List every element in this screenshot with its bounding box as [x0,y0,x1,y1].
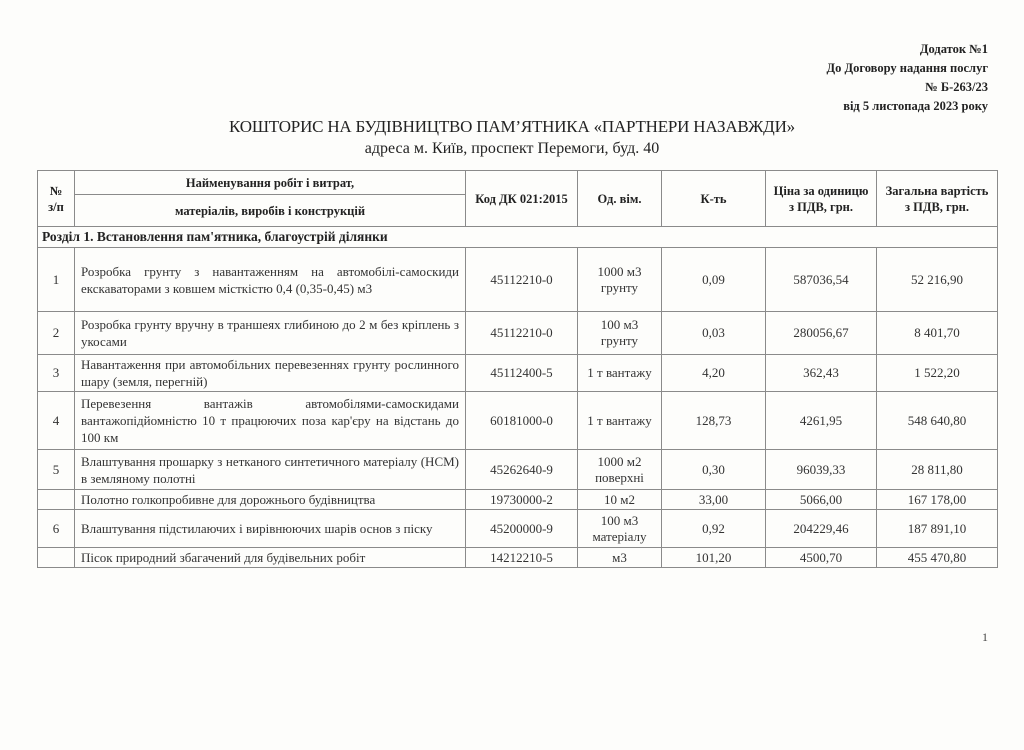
page-number: 1 [982,630,988,645]
work-name: Перевезення вантажів автомобілями-самоск… [75,392,466,450]
annex-contract-ref: До Договору надання послуг [827,59,988,78]
unit-of-measure: 1000 м2 поверхні [578,450,662,490]
dk-code: 45112210-0 [466,248,578,312]
document-address: адреса м. Київ, проспект Перемоги, буд. … [0,140,1024,158]
table-row: 5Влаштування прошарку з нетканого синтет… [38,450,998,490]
unit-price: 280056,67 [766,312,877,355]
unit-of-measure: 100 м3 грунту [578,312,662,355]
quantity: 4,20 [662,355,766,392]
header-total: Загальна вартість з ПДВ, грн. [877,171,998,227]
work-name: Пісок природний збагачений для будівельн… [75,548,466,568]
header-name-line2: матеріалів, виробів і конструкцій [75,195,466,227]
quantity: 101,20 [662,548,766,568]
header-name-line1: Найменування робіт і витрат, [75,171,466,195]
section-row: Розділ 1. Встановлення пам'ятника, благо… [38,227,998,248]
header-unit: Од. вім. [578,171,662,227]
unit-of-measure: м3 [578,548,662,568]
unit-of-measure: 100 м3 матеріалу [578,510,662,548]
total-cost: 28 811,80 [877,450,998,490]
work-name: Розробка грунту вручну в траншеях глибин… [75,312,466,355]
table-row: Пісок природний збагачений для будівельн… [38,548,998,568]
table-row: 6Влаштування підстилаючих і вирівнюючих … [38,510,998,548]
annex-contract-number: № Б-263/23 [827,78,988,97]
unit-price: 4261,95 [766,392,877,450]
quantity: 0,09 [662,248,766,312]
header-code: Код ДК 021:2015 [466,171,578,227]
unit-of-measure: 1000 м3 грунту [578,248,662,312]
total-cost: 455 470,80 [877,548,998,568]
row-number: 6 [38,510,75,548]
total-cost: 187 891,10 [877,510,998,548]
total-cost: 1 522,20 [877,355,998,392]
unit-price: 5066,00 [766,490,877,510]
dk-code: 45112210-0 [466,312,578,355]
quantity: 33,00 [662,490,766,510]
document-title: КОШТОРИС НА БУДІВНИЦТВО ПАМ’ЯТНИКА «ПАРТ… [0,117,1024,137]
quantity: 0,92 [662,510,766,548]
table-row: Полотно голкопробивне для дорожнього буд… [38,490,998,510]
unit-of-measure: 10 м2 [578,490,662,510]
header-no: № з/п [38,171,75,227]
row-number [38,490,75,510]
total-cost: 52 216,90 [877,248,998,312]
unit-of-measure: 1 т вантажу [578,355,662,392]
header-qty: К-ть [662,171,766,227]
quantity: 0,30 [662,450,766,490]
table-row: 4Перевезення вантажів автомобілями-самос… [38,392,998,450]
row-number: 1 [38,248,75,312]
dk-code: 14212210-5 [466,548,578,568]
table-row: 2Розробка грунту вручну в траншеях глиби… [38,312,998,355]
annex-block: Додаток №1 До Договору надання послуг № … [827,40,988,116]
annex-number: Додаток №1 [827,40,988,59]
row-number [38,548,75,568]
row-number: 5 [38,450,75,490]
unit-price: 587036,54 [766,248,877,312]
dk-code: 45112400-5 [466,355,578,392]
row-number: 3 [38,355,75,392]
table-row: 1Розробка грунту з навантаженням на авто… [38,248,998,312]
quantity: 128,73 [662,392,766,450]
estimate-table: № з/п Найменування робіт і витрат, Код Д… [37,170,998,568]
work-name: Полотно голкопробивне для дорожнього буд… [75,490,466,510]
unit-price: 96039,33 [766,450,877,490]
dk-code: 45200000-9 [466,510,578,548]
work-name: Розробка грунту з навантаженням на автом… [75,248,466,312]
section-title: Розділ 1. Встановлення пам'ятника, благо… [38,227,998,248]
total-cost: 167 178,00 [877,490,998,510]
dk-code: 45262640-9 [466,450,578,490]
work-name: Влаштування прошарку з нетканого синтети… [75,450,466,490]
dk-code: 60181000-0 [466,392,578,450]
work-name: Навантаження при автомобільних перевезен… [75,355,466,392]
table-row: 3Навантаження при автомобільних перевезе… [38,355,998,392]
header-price: Ціна за одиницю з ПДВ, грн. [766,171,877,227]
unit-price: 4500,70 [766,548,877,568]
unit-price: 204229,46 [766,510,877,548]
annex-contract-date: від 5 листопада 2023 року [827,97,988,116]
row-number: 4 [38,392,75,450]
total-cost: 8 401,70 [877,312,998,355]
unit-price: 362,43 [766,355,877,392]
work-name: Влаштування підстилаючих і вирівнюючих ш… [75,510,466,548]
row-number: 2 [38,312,75,355]
unit-of-measure: 1 т вантажу [578,392,662,450]
quantity: 0,03 [662,312,766,355]
total-cost: 548 640,80 [877,392,998,450]
dk-code: 19730000-2 [466,490,578,510]
